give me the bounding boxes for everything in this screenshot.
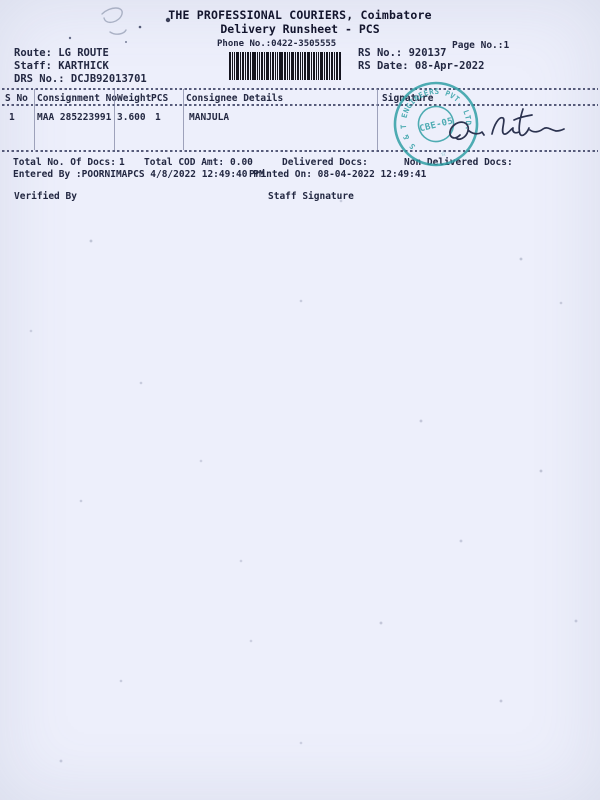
- barcode: [227, 52, 341, 80]
- cell-s-no: 1: [9, 112, 15, 123]
- column-divider: [34, 89, 35, 150]
- delivered-docs-label: Delivered Docs:: [282, 157, 368, 168]
- col-header-pcs: PCS: [151, 93, 168, 104]
- total-docs-label: Total No. Of Docs:: [13, 157, 116, 168]
- staff-info: Staff: KARTHICK: [14, 60, 109, 72]
- signature-ink: [444, 101, 568, 155]
- route-info: Route: LG ROUTE: [14, 47, 109, 59]
- column-divider: [114, 89, 115, 150]
- cod-amt-value: 0.00: [230, 157, 253, 168]
- document-title: Delivery Runsheet - PCS: [0, 22, 600, 36]
- col-header-consignee-details: Consignee Details: [186, 93, 283, 104]
- cell-weight: 3.600: [117, 112, 146, 123]
- drs-number: DRS No.: DCJB92013701: [14, 73, 147, 85]
- staff-signature-label: Staff Signature: [268, 191, 354, 202]
- page-number: Page No.:1: [452, 40, 509, 51]
- col-header-weight: Weight: [117, 93, 151, 104]
- entered-by-line: Entered By :POORNIMAPCS 4/8/2022 12:49:4…: [13, 169, 265, 180]
- scan-specks: [0, 0, 2, 2]
- cell-pcs: 1: [155, 112, 161, 123]
- column-divider: [377, 89, 378, 150]
- printed-on-line: Printed On: 08-04-2022 12:49:41: [249, 169, 426, 180]
- cod-amt-label: Total COD Amt:: [144, 157, 224, 168]
- col-header-consignment-no: Consignment No: [37, 93, 117, 104]
- total-docs-value: 1: [119, 157, 125, 168]
- cell-consignee: MANJULA: [189, 112, 229, 123]
- col-header-s-no: S No: [5, 93, 28, 104]
- rs-number: RS No.: 920137: [358, 47, 447, 59]
- separator-line: [2, 88, 598, 90]
- rs-date: RS Date: 08-Apr-2022: [358, 60, 484, 72]
- company-name: THE PROFESSIONAL COURIERS, Coimbatore: [0, 8, 600, 22]
- verified-by-label: Verified By: [14, 191, 77, 202]
- cell-consignment-no: MAA 285223991: [37, 112, 111, 123]
- phone-number: Phone No.:0422-3505555: [217, 39, 336, 49]
- runsheet-document: THE PROFESSIONAL COURIERS, Coimbatore De…: [0, 0, 600, 800]
- column-divider: [183, 89, 184, 150]
